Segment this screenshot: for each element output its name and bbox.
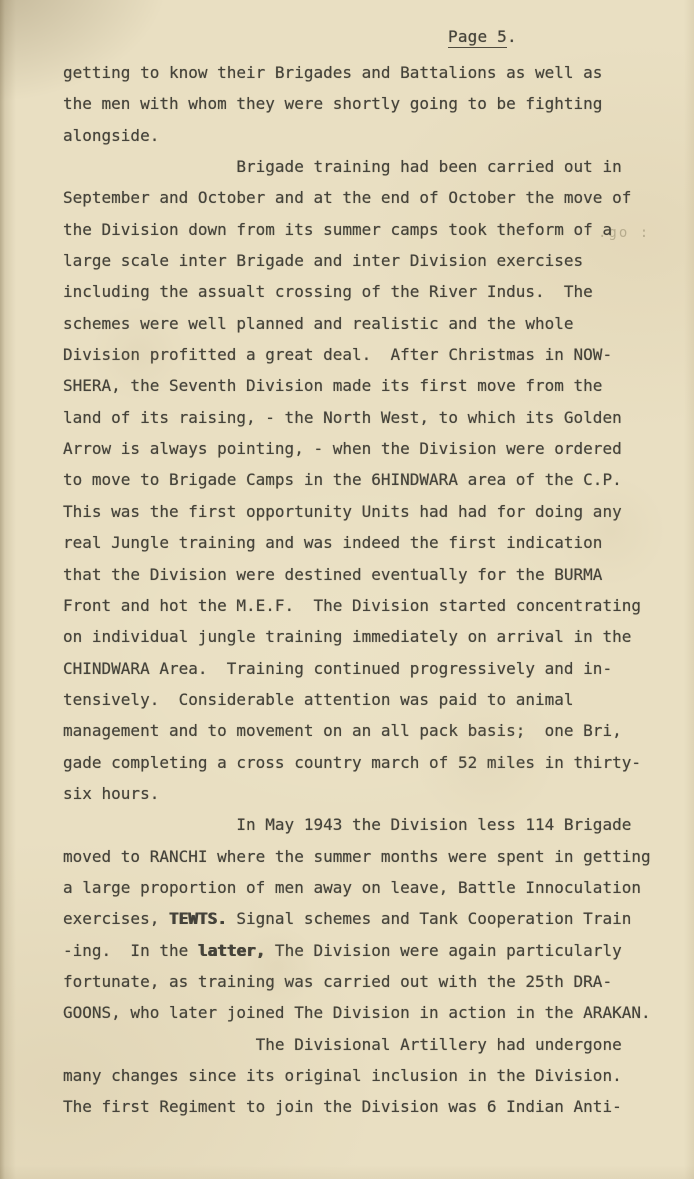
page-number: Page 5. [448, 27, 517, 46]
text-line: Front and hot the M.E.F. The Division st… [63, 590, 683, 621]
text-line: including the assualt crossing of the Ri… [63, 276, 683, 307]
text-line: The Divisional Artillery had undergone [63, 1029, 683, 1060]
text-line: large scale inter Brigade and inter Divi… [63, 245, 683, 276]
text-line: gade completing a cross country march of… [63, 747, 683, 778]
text-line: real Jungle training and was indeed the … [63, 527, 683, 558]
text-line: that the Division were destined eventual… [63, 559, 683, 590]
text-line: Arrow is always pointing, - when the Div… [63, 433, 683, 464]
text-line: moved to RANCHI where the summer months … [63, 841, 683, 872]
text-line: The first Regiment to join the Division … [63, 1091, 683, 1122]
text-line: management and to movement on an all pac… [63, 715, 683, 746]
text-line: getting to know their Brigades and Batta… [63, 57, 683, 88]
text-line: a large proportion of men away on leave,… [63, 872, 683, 903]
page-number-text: Page 5 [448, 27, 507, 48]
text-line: September and October and at the end of … [63, 182, 683, 213]
text-line: SHERA, the Seventh Division made its fir… [63, 370, 683, 401]
document-page: Page 5. .go : getting to know their Brig… [0, 0, 694, 1179]
text-line: In May 1943 the Division less 114 Brigad… [63, 809, 683, 840]
text-line: alongside. [63, 120, 683, 151]
text-line: many changes since its original inclusio… [63, 1060, 683, 1091]
text-line: CHINDWARA Area. Training continued progr… [63, 653, 683, 684]
page-number-period: . [507, 27, 517, 46]
text-line: on individual jungle training immediatel… [63, 621, 683, 652]
text-line: exercises, TEWTS. Signal schemes and Tan… [63, 903, 683, 934]
text-line: GOONS, who later joined The Division in … [63, 997, 683, 1028]
text-line: fortunate, as training was carried out w… [63, 966, 683, 997]
text-line: six hours. [63, 778, 683, 809]
text-line: -ing. In the latter, The Division were a… [63, 935, 683, 966]
typewritten-text: getting to know their Brigades and Batta… [63, 57, 683, 1123]
text-line: This was the first opportunity Units had… [63, 496, 683, 527]
text-line: the Division down from its summer camps … [63, 214, 683, 245]
text-line: the men with whom they were shortly goin… [63, 88, 683, 119]
text-line: land of its raising, - the North West, t… [63, 402, 683, 433]
text-line: to move to Brigade Camps in the 6HINDWAR… [63, 464, 683, 495]
text-line: Division profitted a great deal. After C… [63, 339, 683, 370]
text-line: tensively. Considerable attention was pa… [63, 684, 683, 715]
text-line: Brigade training had been carried out in [63, 151, 683, 182]
text-line: schemes were well planned and realistic … [63, 308, 683, 339]
